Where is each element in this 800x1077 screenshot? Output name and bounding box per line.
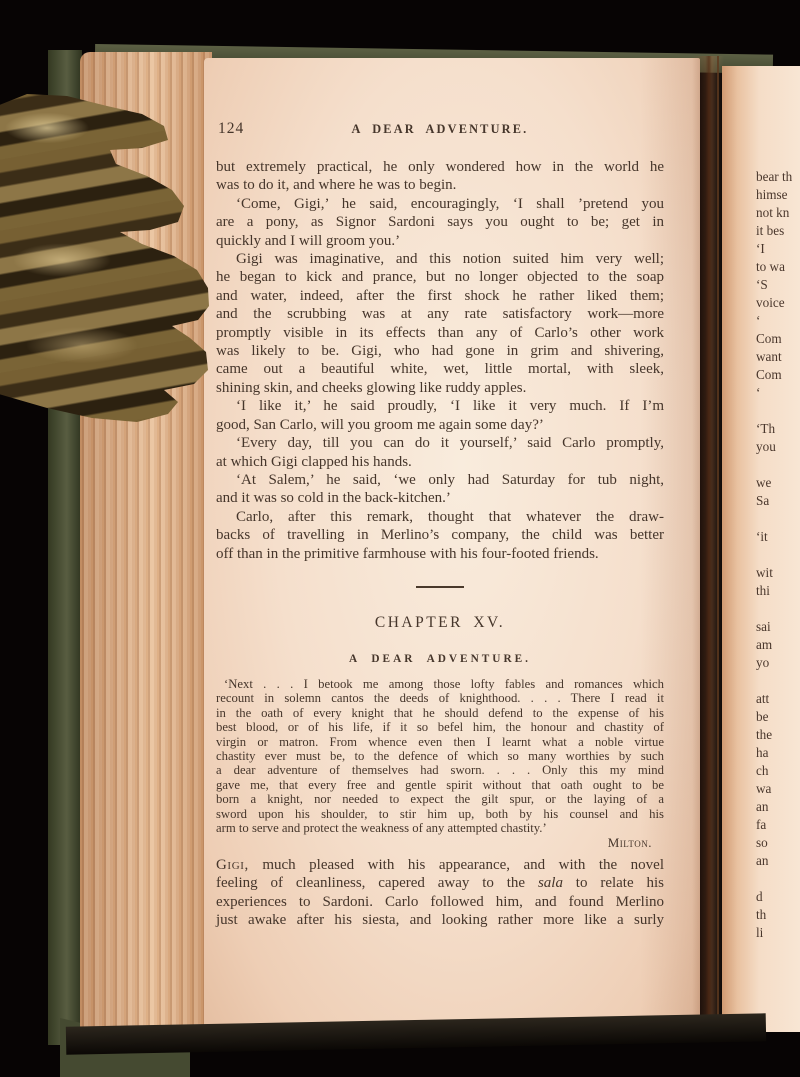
text-line: off than in the primitive farmhouse with… [216, 545, 664, 563]
fragment-line [756, 510, 792, 528]
fragment-line: himse [756, 186, 792, 204]
text-line: ‘Every day, till you can do it yourself,… [216, 434, 664, 452]
fragment-line: bear th [756, 168, 792, 186]
fragment-line: Com [756, 330, 792, 348]
text-line: backs of travelling in Merlino’s company… [216, 526, 664, 544]
fragment-line: Sa [756, 492, 792, 510]
gutter-crease-line [717, 56, 719, 1028]
body-text: but extremely practical, he only wondere… [216, 158, 664, 563]
fragment-line: want [756, 348, 792, 366]
fragment-line [756, 456, 792, 474]
fragment-line: an [756, 798, 792, 816]
text-line: gave me, that every free and gentle spir… [216, 778, 664, 792]
fragment-line: you [756, 438, 792, 456]
text-line: at which Gigi clapped his hands. [216, 453, 664, 471]
text-line: a dear adventure of themselves had sworn… [216, 763, 664, 777]
fragment-line: ‘it [756, 528, 792, 546]
text-line: he began to kick and prance, but no long… [216, 268, 664, 286]
fragment-line: sai [756, 618, 792, 636]
fragment-line: ch [756, 762, 792, 780]
text-line: Gigi, much pleased with his appearance, … [216, 856, 664, 874]
fragment-line: ‘Th [756, 420, 792, 438]
left-page: 124 A DEAR ADVENTURE. but extremely prac… [204, 58, 700, 1026]
text-line: ‘Come, Gigi,’ he said, encouragingly, ‘I… [216, 195, 664, 213]
text-line: are a pony, as Signor Sardoni says you o… [216, 213, 664, 231]
text-line: good, San Carlo, will you groom me again… [216, 416, 664, 434]
text-line: was likely to be. Gigi, who had gone in … [216, 342, 664, 360]
fragment-line: wa [756, 780, 792, 798]
text-line: but extremely practical, he only wondere… [216, 158, 664, 176]
text-line: came out a beautiful white, wet, little … [216, 360, 664, 378]
paragraph: Carlo, after this remark, thought that w… [216, 508, 664, 563]
paragraph: ‘Come, Gigi,’ he said, encouragingly, ‘I… [216, 195, 664, 250]
paragraph: Gigi, much pleased with his appearance, … [216, 856, 664, 930]
fragment-line [756, 402, 792, 420]
facing-page-text-fragments: bear thhimsenot knit bes‘Ito wa‘Svoice‘C… [756, 168, 792, 942]
text-line: promptly visible in its effects than any… [216, 324, 664, 342]
fragment-line [756, 870, 792, 888]
fragment-line: the [756, 726, 792, 744]
text-line: ‘Next . . . I betook me among those loft… [216, 677, 664, 691]
chapter-title: CHAPTER XV. [216, 614, 664, 632]
fragment-line: voice [756, 294, 792, 312]
fragment-line: d [756, 888, 792, 906]
fragment-line [756, 546, 792, 564]
text-line: arm to serve and protect the weakness of… [216, 821, 664, 835]
fragment-line: ‘ [756, 384, 792, 402]
fragment-line: ha [756, 744, 792, 762]
fragment-line: ‘S [756, 276, 792, 294]
text-line: recount in solemn cantos the deeds of kn… [216, 691, 664, 705]
paragraph: ‘I like it,’ he said proudly, ‘I like it… [216, 397, 664, 434]
text-line: ‘At Salem,’ he said, ‘we only had Saturd… [216, 471, 664, 489]
text-line: chastity ever must be, to the defence of… [216, 749, 664, 763]
epigraph-attribution: Milton. [216, 835, 652, 851]
text-line: sword upon his shoulder, to stir him up,… [216, 807, 664, 821]
running-head: A DEAR ADVENTURE. [216, 122, 664, 137]
text-line: experiences to Sardoni. Carlo followed h… [216, 893, 664, 911]
fragment-line: wit [756, 564, 792, 582]
fragment-line: it bes [756, 222, 792, 240]
text-line: Gigi was imaginative, and this notion su… [216, 250, 664, 268]
paragraph: Gigi was imaginative, and this notion su… [216, 250, 664, 397]
text-line: quickly and I will groom you.’ [216, 232, 664, 250]
text-line: and it was so cold in the back-kitchen.’ [216, 489, 664, 507]
fragment-line: th [756, 906, 792, 924]
fragment-line: we [756, 474, 792, 492]
chapter-subtitle: A DEAR ADVENTURE. [216, 653, 664, 665]
section-divider-rule [416, 586, 464, 588]
paragraph: ‘At Salem,’ he said, ‘we only had Saturd… [216, 471, 664, 508]
text-line: shining skin, and cheeks glowing like ru… [216, 379, 664, 397]
fragment-line: ‘I [756, 240, 792, 258]
text-line: ‘I like it,’ he said proudly, ‘I like it… [216, 397, 664, 415]
text-line: just awake after his siesta, and looking… [216, 911, 664, 929]
book-gutter [692, 56, 724, 1028]
fragment-line [756, 600, 792, 618]
paragraph: but extremely practical, he only wondere… [216, 158, 664, 195]
text-line: and the scrubbing was at any rate satisf… [216, 305, 664, 323]
fragment-line: Com [756, 366, 792, 384]
fragment-line [756, 672, 792, 690]
right-page-sliver: bear thhimsenot knit bes‘Ito wa‘Svoice‘C… [722, 66, 800, 1032]
fragment-line: yo [756, 654, 792, 672]
fragment-line: ‘ [756, 312, 792, 330]
fragment-line: be [756, 708, 792, 726]
fragment-line: so [756, 834, 792, 852]
text-line: in the oath of every knight that he shou… [216, 706, 664, 720]
epigraph-quote: ‘Next . . . I betook me among those loft… [216, 677, 664, 835]
fragment-line: not kn [756, 204, 792, 222]
page-header: 124 A DEAR ADVENTURE. [216, 120, 664, 140]
book-photo-scene: 124 A DEAR ADVENTURE. but extremely prac… [0, 0, 800, 1077]
fragment-line: am [756, 636, 792, 654]
text-line: Carlo, after this remark, thought that w… [216, 508, 664, 526]
text-line: feeling of cleanliness, capered away to … [216, 874, 664, 892]
fragment-line: li [756, 924, 792, 942]
fragment-line: fa [756, 816, 792, 834]
fragment-line: an [756, 852, 792, 870]
fragment-line: thi [756, 582, 792, 600]
fragment-line: att [756, 690, 792, 708]
paragraph: ‘Every day, till you can do it yourself,… [216, 434, 664, 471]
paragraph: ‘Next . . . I betook me among those loft… [216, 677, 664, 835]
text-line: and water, indeed, after the first shock… [216, 287, 664, 305]
text-line: virgin or matron. From whence even then … [216, 735, 664, 749]
text-line: was to do it, and where he was to begin. [216, 176, 664, 194]
fragment-line: to wa [756, 258, 792, 276]
chapter-opening-paragraph: Gigi, much pleased with his appearance, … [216, 856, 664, 930]
text-line: best blood, or of his life, if it so bef… [216, 720, 664, 734]
text-line: born a knight, nor needed to expect the … [216, 792, 664, 806]
